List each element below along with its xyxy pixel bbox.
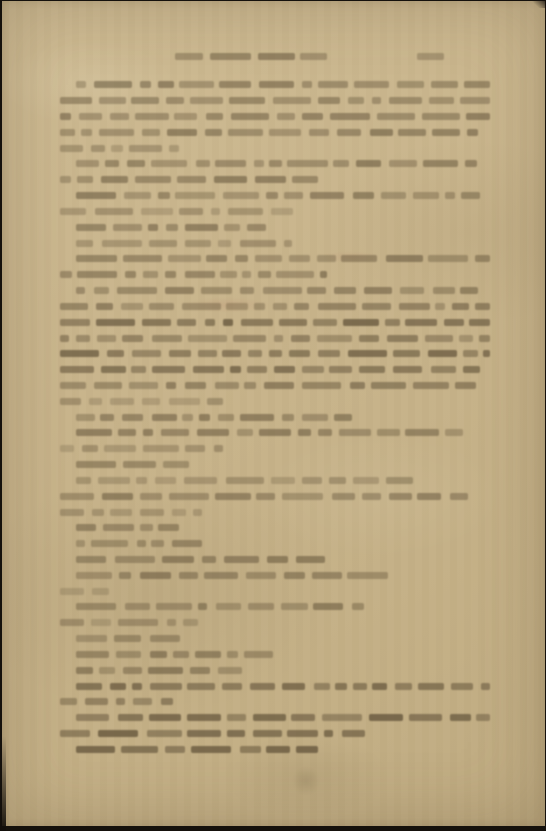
faded-word	[226, 477, 264, 484]
faded-word	[274, 366, 295, 373]
faded-word	[229, 97, 265, 104]
faded-word	[386, 477, 413, 484]
faded-word	[342, 730, 365, 737]
faded-word	[276, 271, 314, 278]
faded-word	[158, 192, 170, 199]
faded-word	[466, 113, 490, 120]
faded-word	[352, 603, 364, 610]
faded-word	[158, 81, 174, 88]
faded-word	[284, 192, 304, 199]
faded-word	[122, 335, 143, 342]
faded-word	[467, 129, 478, 136]
faded-word	[195, 651, 221, 658]
faded-word	[322, 714, 362, 721]
faded-word	[287, 730, 318, 737]
faded-text-line	[76, 428, 469, 437]
faded-word	[220, 271, 236, 278]
faded-word	[329, 477, 345, 484]
faded-word	[292, 176, 318, 183]
faded-word	[77, 176, 93, 183]
faded-word	[341, 255, 377, 262]
faded-word	[233, 335, 266, 342]
faded-word	[428, 255, 468, 262]
faded-word	[205, 129, 222, 136]
faded-word	[76, 477, 91, 484]
faded-word	[463, 350, 478, 357]
faded-word	[118, 619, 158, 626]
faded-word	[105, 160, 119, 167]
faded-word	[269, 129, 300, 136]
faded-word	[150, 651, 167, 658]
faded-word	[214, 176, 248, 183]
faded-word	[256, 493, 274, 500]
faded-text-line	[60, 270, 327, 279]
faded-word	[267, 556, 289, 563]
faded-word	[76, 287, 85, 294]
faded-word	[284, 240, 292, 247]
faded-text-line	[76, 286, 490, 295]
faded-word	[369, 714, 402, 721]
faded-word	[94, 287, 109, 294]
faded-word	[104, 445, 136, 452]
faded-word	[60, 335, 69, 342]
faded-word	[121, 303, 143, 310]
faded-text-line	[76, 745, 318, 754]
faded-word	[185, 224, 219, 231]
faded-word	[241, 319, 273, 326]
faded-word	[218, 240, 230, 247]
faded-word	[118, 429, 136, 436]
faded-word	[110, 683, 126, 690]
faded-word	[227, 714, 246, 721]
faded-word	[253, 714, 285, 721]
faded-word	[97, 335, 116, 342]
faded-word	[94, 382, 122, 389]
faded-word	[76, 683, 102, 690]
faded-word	[193, 366, 224, 373]
faded-word	[165, 271, 176, 278]
faded-word	[76, 746, 115, 753]
faded-text-line	[60, 144, 189, 153]
faded-word	[60, 398, 81, 405]
faded-word	[133, 698, 152, 705]
faded-word	[444, 319, 464, 326]
faded-word	[226, 303, 248, 310]
faded-word	[281, 603, 308, 610]
faded-word	[250, 683, 275, 690]
faded-word	[110, 398, 134, 405]
faded-word	[431, 366, 456, 373]
faded-word	[302, 81, 312, 88]
faded-word	[101, 366, 126, 373]
faded-word	[359, 335, 379, 342]
faded-word	[76, 572, 112, 579]
faded-word	[362, 303, 391, 310]
faded-word	[372, 683, 386, 690]
faded-word	[429, 97, 454, 104]
faded-word	[177, 176, 207, 183]
faded-word	[240, 240, 277, 247]
faded-word	[312, 572, 342, 579]
faded-text-line	[76, 476, 413, 485]
faded-word	[127, 160, 146, 167]
faded-word	[318, 429, 333, 436]
faded-word	[135, 176, 172, 183]
faded-word	[204, 572, 238, 579]
faded-word	[313, 603, 343, 610]
faded-word	[248, 603, 274, 610]
faded-word	[76, 651, 109, 658]
faded-word	[302, 382, 340, 389]
faded-word	[463, 366, 480, 373]
faded-word	[198, 350, 217, 357]
faded-text-line	[76, 254, 490, 263]
page-number-smudge	[417, 52, 444, 61]
faded-text-line	[60, 381, 490, 390]
faded-word	[99, 97, 126, 104]
faded-word	[418, 683, 444, 690]
faded-word	[190, 667, 210, 674]
faded-word	[60, 619, 84, 626]
faded-word	[187, 730, 220, 737]
faded-text-line	[76, 80, 490, 89]
faded-word	[302, 113, 324, 120]
faded-word	[259, 81, 294, 88]
faded-word	[397, 81, 424, 88]
faded-word	[76, 240, 93, 247]
faded-word	[483, 350, 490, 357]
ink-smudge	[293, 767, 319, 795]
faded-word	[141, 208, 174, 215]
faded-word	[335, 683, 347, 690]
faded-word	[60, 730, 90, 737]
faded-text-line	[76, 571, 395, 580]
faded-word	[289, 350, 310, 357]
faded-word	[152, 414, 177, 421]
faded-word	[460, 287, 478, 294]
faded-word	[147, 730, 182, 737]
faded-word	[206, 255, 227, 262]
faded-word	[240, 414, 274, 421]
faded-word	[353, 192, 374, 199]
faded-word	[110, 509, 132, 516]
faded-word	[310, 192, 344, 199]
faded-word	[445, 429, 464, 436]
faded-word	[354, 81, 388, 88]
faded-word	[182, 414, 193, 421]
faded-word	[149, 240, 177, 247]
faded-word	[263, 287, 302, 294]
faded-word	[318, 97, 340, 104]
faded-word	[96, 303, 113, 310]
faded-word	[294, 303, 308, 310]
faded-word	[76, 714, 109, 721]
faded-word	[230, 366, 241, 373]
faded-word	[60, 319, 90, 326]
faded-word	[405, 319, 437, 326]
faded-word	[422, 113, 459, 120]
faded-word	[370, 129, 393, 136]
faded-word	[140, 509, 164, 516]
faded-word	[102, 493, 134, 500]
faded-word	[479, 335, 490, 342]
faded-word	[210, 53, 251, 60]
faded-word	[389, 160, 417, 167]
faded-text-line	[76, 555, 327, 564]
faded-word	[76, 635, 107, 642]
faded-word	[76, 414, 95, 421]
faded-word	[432, 129, 460, 136]
faded-word	[461, 192, 480, 199]
faded-word	[76, 667, 93, 674]
faded-word	[60, 145, 83, 152]
faded-word	[435, 303, 446, 310]
faded-word	[60, 129, 75, 136]
faded-text-line	[60, 508, 202, 517]
faded-word	[190, 97, 224, 104]
faded-word	[231, 113, 269, 120]
faded-word	[60, 509, 84, 516]
faded-word	[350, 382, 366, 389]
faded-word	[60, 445, 74, 452]
faded-word	[175, 53, 203, 60]
running-header-smudge	[175, 52, 327, 61]
faded-word	[307, 287, 326, 294]
faded-word	[198, 603, 207, 610]
faded-word	[254, 303, 265, 310]
faded-word	[302, 477, 322, 484]
faded-word	[339, 429, 370, 436]
faded-word	[79, 113, 102, 120]
faded-word	[347, 572, 388, 579]
faded-word	[142, 129, 160, 136]
faded-word	[60, 382, 86, 389]
faded-word	[142, 398, 161, 405]
faded-text-line	[76, 539, 202, 548]
faded-word	[148, 224, 157, 231]
faded-word	[187, 683, 215, 690]
faded-text-line	[60, 729, 370, 738]
faded-word	[191, 746, 231, 753]
faded-word	[110, 113, 128, 120]
faded-word	[389, 493, 412, 500]
faded-word	[152, 366, 185, 373]
faded-word	[400, 287, 424, 294]
faded-word	[60, 366, 94, 373]
faded-word	[222, 350, 241, 357]
faded-word	[123, 461, 155, 468]
faded-word	[60, 698, 77, 705]
faded-word	[393, 350, 419, 357]
faded-word	[183, 619, 197, 626]
faded-word	[242, 271, 251, 278]
faded-word	[258, 53, 295, 60]
faded-word	[287, 160, 328, 167]
faded-word	[143, 445, 178, 452]
faded-text-line	[60, 587, 112, 596]
faded-word	[169, 145, 178, 152]
faded-word	[302, 366, 324, 373]
faded-word	[219, 81, 251, 88]
faded-word	[132, 683, 143, 690]
faded-word	[317, 255, 335, 262]
faded-word	[91, 145, 105, 152]
faded-word	[332, 493, 355, 500]
faded-word	[140, 524, 153, 531]
faded-word	[60, 350, 99, 357]
faded-text-line	[76, 713, 490, 722]
faded-word	[94, 81, 133, 88]
faded-word	[85, 698, 108, 705]
faded-word	[334, 287, 355, 294]
faded-text-line	[60, 207, 297, 216]
faded-word	[296, 556, 325, 563]
faded-text-line	[60, 318, 490, 327]
faded-word	[182, 303, 221, 310]
faded-text-line	[76, 460, 189, 469]
faded-word	[223, 192, 259, 199]
faded-word	[163, 461, 189, 468]
faded-word	[423, 160, 457, 167]
faded-text-line	[76, 413, 352, 422]
faded-word	[413, 192, 439, 199]
faded-word	[103, 524, 134, 531]
faded-text-line	[76, 602, 370, 611]
faded-word	[253, 730, 282, 737]
faded-word	[433, 287, 455, 294]
faded-word	[165, 287, 193, 294]
faded-word	[318, 303, 356, 310]
faded-word	[247, 224, 266, 231]
faded-word	[169, 493, 209, 500]
faded-word	[122, 414, 143, 421]
faded-word	[318, 350, 340, 357]
faded-word	[333, 160, 349, 167]
faded-word	[215, 160, 246, 167]
faded-word	[137, 540, 146, 547]
faded-word	[91, 619, 110, 626]
faded-word	[132, 350, 161, 357]
faded-word	[123, 667, 142, 674]
faded-word	[247, 366, 267, 373]
faded-word	[273, 303, 287, 310]
faded-word	[82, 445, 98, 452]
faded-word	[216, 603, 241, 610]
faded-text-line	[76, 159, 490, 168]
faded-text-line	[76, 634, 180, 643]
faded-word	[140, 493, 162, 500]
faded-word	[300, 53, 327, 60]
faded-text-line	[60, 618, 198, 627]
faded-word	[364, 287, 392, 294]
faded-word	[149, 303, 174, 310]
page-edge-shadow-top-right	[532, 0, 546, 8]
faded-word	[255, 255, 282, 262]
faded-word	[274, 335, 283, 342]
faded-word	[76, 335, 90, 342]
faded-word	[425, 335, 454, 342]
faded-word	[76, 603, 116, 610]
faded-word	[165, 746, 185, 753]
faded-word	[282, 414, 294, 421]
faded-word	[98, 477, 130, 484]
faded-word	[353, 683, 367, 690]
faded-word	[118, 714, 142, 721]
faded-word	[76, 224, 106, 231]
faded-word	[460, 97, 490, 104]
faded-word	[135, 113, 169, 120]
faded-word	[211, 208, 221, 215]
faded-word	[76, 429, 112, 436]
faded-word	[142, 319, 171, 326]
faded-word	[271, 208, 293, 215]
faded-word	[152, 335, 182, 342]
faded-word	[140, 572, 172, 579]
faded-word	[348, 97, 364, 104]
faded-word	[223, 319, 233, 326]
faded-word	[273, 97, 312, 104]
faded-text-line	[60, 349, 490, 358]
faded-word	[475, 303, 490, 310]
faded-word	[96, 319, 134, 326]
faded-word	[76, 524, 96, 531]
faded-word	[199, 414, 209, 421]
faded-word	[201, 287, 232, 294]
faded-word	[289, 255, 310, 262]
faded-word	[166, 97, 184, 104]
faded-word	[269, 350, 282, 357]
faded-word	[129, 145, 162, 152]
faded-word	[205, 319, 215, 326]
faded-word	[248, 350, 262, 357]
faded-word	[246, 572, 276, 579]
faded-word	[215, 493, 251, 500]
faded-word	[481, 683, 490, 690]
faded-word	[123, 255, 162, 262]
faded-word	[348, 350, 388, 357]
faded-word	[464, 81, 490, 88]
faded-word	[179, 81, 214, 88]
faded-word	[428, 350, 457, 357]
faded-word	[395, 683, 413, 690]
faded-word	[282, 683, 305, 690]
faded-word	[77, 271, 117, 278]
faded-word	[465, 160, 477, 167]
faded-word	[385, 319, 399, 326]
faded-word	[148, 667, 183, 674]
faded-word	[314, 683, 330, 690]
faded-text-line	[60, 365, 490, 374]
faded-word	[91, 540, 128, 547]
faded-word	[417, 493, 442, 500]
faded-word	[60, 113, 71, 120]
faded-text-line	[60, 112, 490, 121]
faded-word	[101, 176, 128, 183]
faded-word	[228, 129, 263, 136]
faded-text-line	[76, 523, 180, 532]
faded-word	[124, 192, 151, 199]
faded-word	[166, 224, 178, 231]
faded-word	[266, 192, 278, 199]
faded-word	[393, 366, 422, 373]
faded-word	[215, 382, 239, 389]
faded-word	[140, 81, 151, 88]
faded-text-line	[76, 666, 249, 675]
faded-word	[114, 635, 141, 642]
faded-word	[76, 255, 117, 262]
faded-word	[60, 303, 88, 310]
faded-word	[450, 714, 471, 721]
